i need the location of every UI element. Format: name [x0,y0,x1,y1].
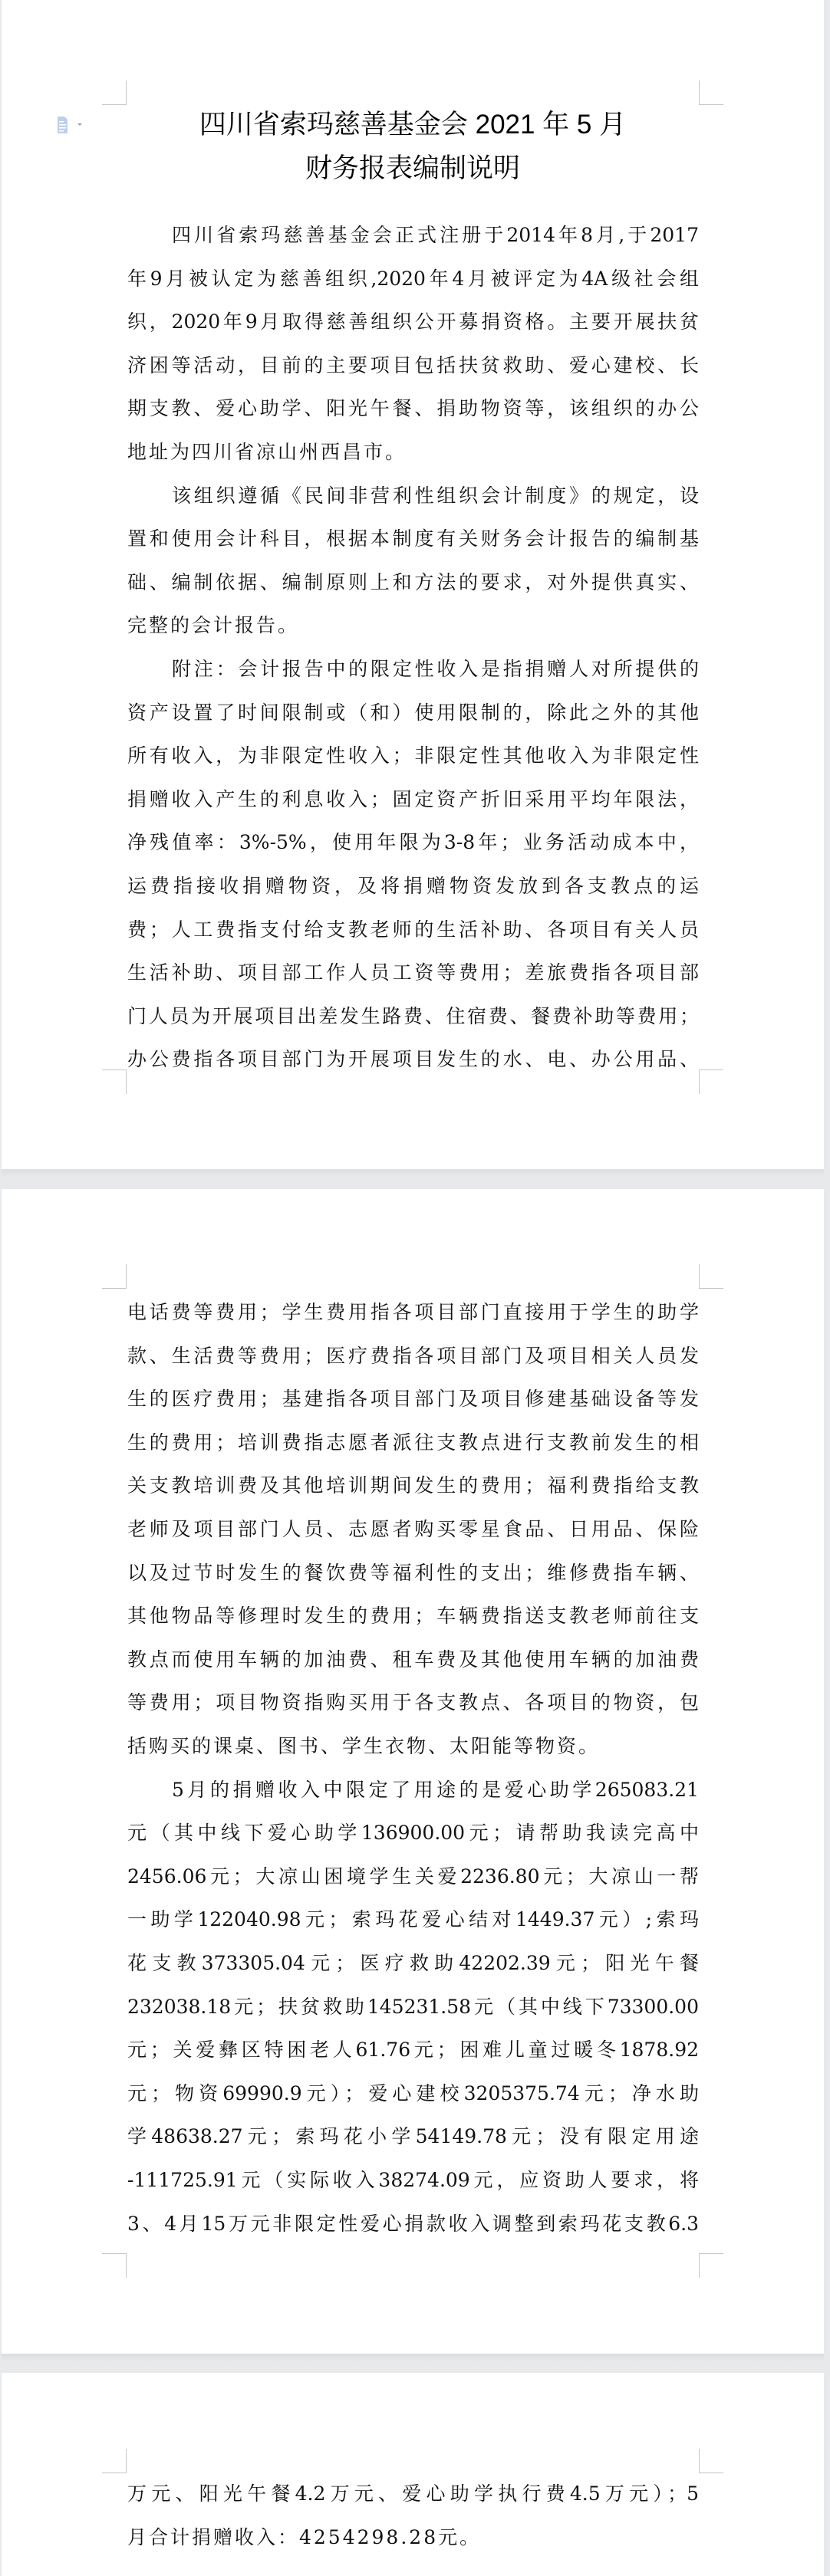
text-line: 元；关爱彝区特困老人61.76元；困难儿童过暖冬1878.92 [127,2039,699,2062]
text-line: 等费用；项目物资指购买用于各支教点、各项目的物资，包 [127,1691,699,1714]
text-line: 置和使用会计科目，根据本制度有关财务会计报告的编制基 [127,527,699,550]
margin-corner-mark [102,80,127,105]
text-line: 教点而使用车辆的加油费、租车费及其他使用车辆的加油费 [127,1648,699,1671]
margin-corner-mark [699,2253,723,2278]
document-page-2: 电话费等费用；学生费用指各项目部门直接用于学生的助学款、生活费等费用；医疗费指各… [2,1189,824,2354]
margin-corner-mark [102,2449,127,2473]
text-line: 所有收入，为非限定性收入；非限定性其他收入为非限定性 [127,744,699,767]
text-line: 运费指接收捐赠物资，及将捐赠物资发放到各支教点的运 [127,875,699,898]
document-page-3: 万元、阳光午餐4.2万元、爱心助学执行费4.5万元）；5月合计捐赠收入：4254… [2,2373,824,2576]
text-line: 该组织遵循《民间非营利性组织会计制度》的规定，设 [172,485,699,508]
text-line: 老师及项目部门人员、志愿者购买零星食品、日用品、保险 [127,1518,699,1541]
text-line: 3、4月15万元非限定性爱心捐款收入调整到索玛花支教6.3 [127,2213,699,2236]
text-line: 期支教、爱心助学、阳光午餐、捐助物资等，该组织的办公 [127,397,699,420]
margin-corner-mark [699,80,723,105]
page-subtitle: 财务报表编制说明 [2,153,824,184]
text-line: 费；人工费指支付给支教老师的生活补助、各项目有关人员 [127,918,699,941]
text-line: 其他物品等修理时发生的费用；车辆费指送支教老师前往支 [127,1605,699,1628]
text-line: 元（其中线下爱心助学136900.00元；请帮助我读完高中 [127,1822,699,1845]
text-line: 四川省索玛慈善基金会正式注册于2014年8月,于2017 [172,224,699,247]
text-line: 2456.06元；大凉山困境学生关爱2236.80元；大凉山一帮 [127,1865,699,1888]
document-page-1: 四川省索玛慈善基金会 2021 年 5 月 财务报表编制说明 四川省索玛慈善基金… [2,0,824,1169]
text-line: 232038.18元；扶贫救助145231.58元（其中线下73300.00 [127,1996,699,2019]
text-line: 月合计捐赠收入：4254298.28元。 [127,2526,699,2549]
text-line: 门人员为开展项目出差发生路费、住宿费、餐费补助等费用； [127,1005,699,1028]
margin-corner-mark [699,1264,723,1289]
text-line: 万元、阳光午餐4.2万元、爱心助学执行费4.5万元）；5 [127,2482,699,2505]
text-line: 生活补助、项目部工作人员工资等费用；差旅费指各项目部 [127,961,699,984]
text-line: 学48638.27元；索玛花小学54149.78元；没有限定用途 [127,2125,699,2148]
margin-corner-mark [699,2449,723,2473]
text-line: 年9月被认定为慈善组织,2020年4月被评定为4A级社会组 [127,268,699,291]
margin-corner-mark [102,1264,127,1289]
margin-corner-mark [102,2253,127,2278]
text-line: 础、编制依据、编制原则上和方法的要求，对外提供真实、 [127,571,699,594]
text-line: 元；物资69990.9元）；爱心建校3205375.74元；净水助 [127,2082,699,2105]
text-line: 捐赠收入产生的利息收入；固定资产折旧采用平均年限法， [127,788,699,811]
text-line: 织，2020年9月取得慈善组织公开募捐资格。主要开展扶贫 [127,310,699,333]
text-line: 款、生活费等费用；医疗费指各项目部门及项目相关人员发 [127,1345,699,1368]
margin-corner-mark [102,1069,127,1094]
text-line: -111725.91元（实际收入38274.09元，应资助人要求，将 [127,2169,699,2192]
text-line: 生的费用；培训费指志愿者派往支教点进行支教前发生的相 [127,1431,699,1454]
text-line: 附注：会计报告中的限定性收入是指捐赠人对所提供的 [172,658,699,681]
text-line: 一助学122040.98元；索玛花爱心结对1449.37元）;索玛 [127,1908,699,1931]
text-line: 资产设置了时间限制或（和）使用限制的，除此之外的其他 [127,701,699,724]
text-line: 电话费等费用；学生费用指各项目部门直接用于学生的助学 [127,1301,699,1324]
text-line: 5月的捐赠收入中限定了用途的是爱心助学265083.21 [172,1779,699,1802]
text-line: 关支教培训费及其他培训期间发生的费用；福利费指给支教 [127,1474,699,1497]
text-line: 济困等活动，目前的主要项目包括扶贫救助、爱心建校、长 [127,354,699,377]
text-line: 办公费指各项目部门为开展项目发生的水、电、办公用品、 [127,1048,699,1071]
text-line: 括购买的课桌、图书、学生衣物、太阳能等物资。 [127,1735,699,1758]
page-title: 四川省索玛慈善基金会 2021 年 5 月 [2,110,824,140]
text-line: 完整的会计报告。 [127,614,699,637]
text-line: 生的医疗费用；基建指各项目部门及项目修建基础设备等发 [127,1388,699,1411]
margin-corner-mark [699,1069,723,1094]
text-line: 花支教373305.04元；医疗救助42202.39元；阳光午餐 [127,1952,699,1975]
text-line: 地址为四川省凉山州西昌市。 [127,441,699,464]
text-line: 以及过节时发生的餐饮费等福利性的支出；维修费指车辆、 [127,1562,699,1585]
text-line: 净残值率：3%-5%，使用年限为3-8年；业务活动成本中， [127,831,699,854]
